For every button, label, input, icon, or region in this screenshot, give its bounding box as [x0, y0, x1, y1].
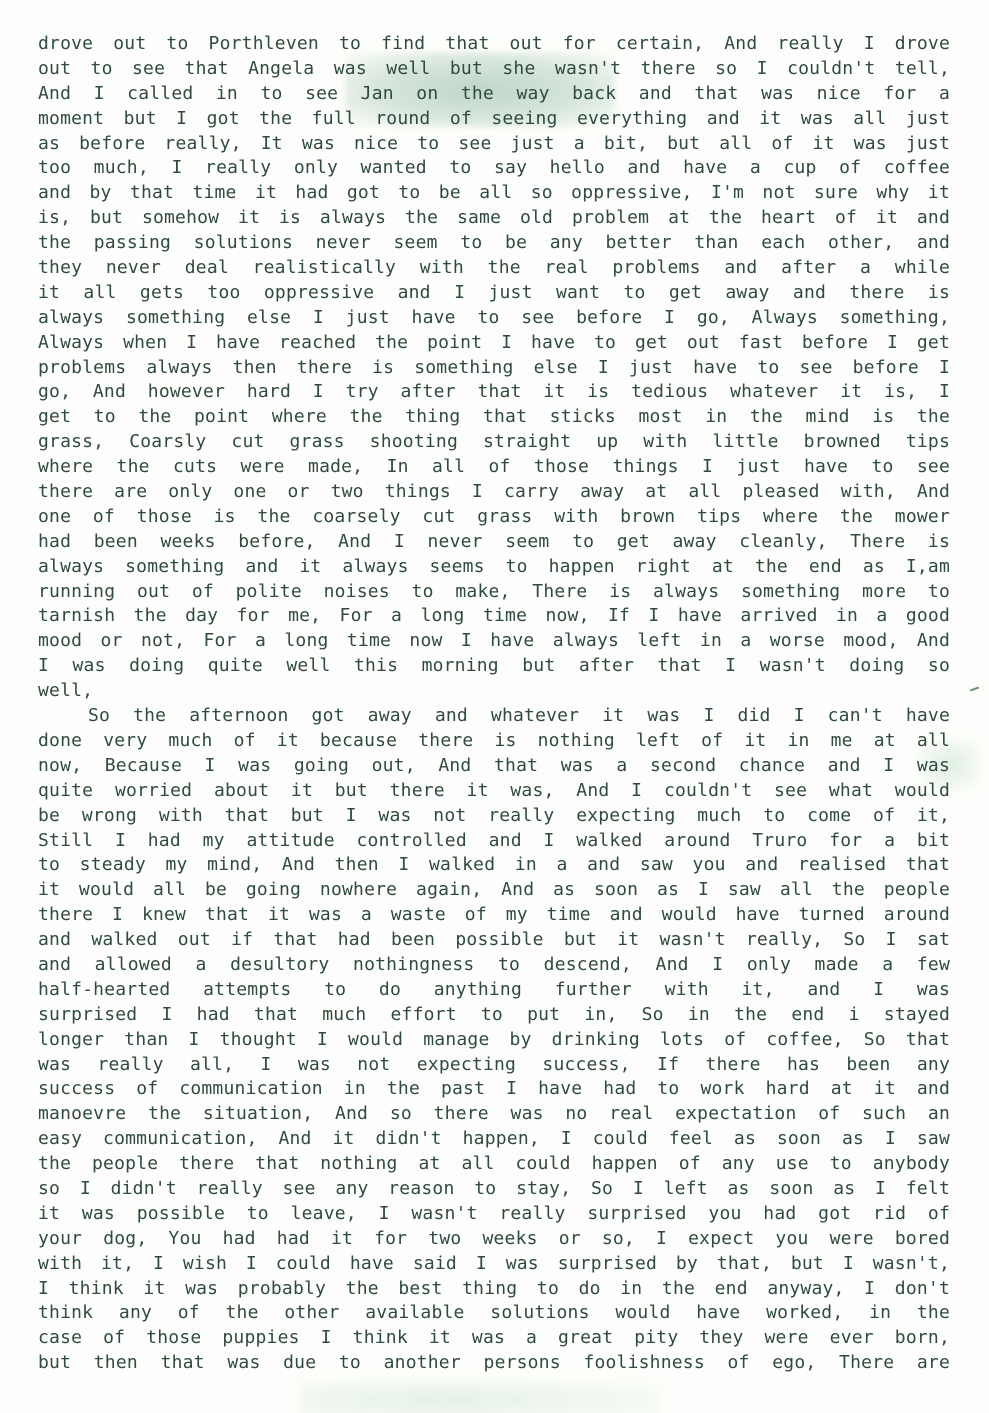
text-line: there are only one or two things I carry…: [38, 480, 950, 505]
text-line: was really all, I was not expecting succ…: [38, 1053, 950, 1078]
text-line: done very much of it because there is no…: [38, 729, 950, 754]
text-line: think any of the other available solutio…: [38, 1301, 950, 1326]
text-line: half-hearted attempts to do anything fur…: [38, 978, 950, 1003]
text-line: running out of polite noises to make, Th…: [38, 580, 950, 605]
text-line: the passing solutions never seem to be a…: [38, 231, 950, 256]
text-line: out to see that Angela was well but she …: [38, 57, 950, 82]
text-line: well,: [38, 679, 950, 704]
text-line: so I didn't really see any reason to sta…: [38, 1177, 950, 1202]
text-line: had been weeks before, And I never seem …: [38, 530, 950, 555]
text-line: And I called in to see Jan on the way ba…: [38, 82, 950, 107]
text-line: too much, I really only wanted to say he…: [38, 156, 950, 181]
text-line: mood or not, For a long time now I have …: [38, 629, 950, 654]
text-line: easy communication, And it didn't happen…: [38, 1127, 950, 1152]
stray-mark: [970, 687, 979, 692]
text-line: Always when I have reached the point I h…: [38, 331, 950, 356]
text-line: it would all be going nowhere again, And…: [38, 878, 950, 903]
text-line: surprised I had that much effort to put …: [38, 1003, 950, 1028]
text-line: be wrong with that but I was not really …: [38, 804, 950, 829]
text-line: it was possible to leave, I wasn't reall…: [38, 1202, 950, 1227]
text-line: there I knew that it was a waste of my t…: [38, 903, 950, 928]
text-line: tarnish the day for me, For a long time …: [38, 604, 950, 629]
text-line: it all gets too oppressive and I just wa…: [38, 281, 950, 306]
text-line: manoevre the situation, And so there was…: [38, 1102, 950, 1127]
text-line: and by that time it had got to be all so…: [38, 181, 950, 206]
text-line: is, but somehow it is always the same ol…: [38, 206, 950, 231]
text-line: now, Because I was going out, And that w…: [38, 754, 950, 779]
ink-smudge: [300, 1380, 660, 1413]
text-line: problems always then there is something …: [38, 356, 950, 381]
text-line: with it, I wish I could have said I was …: [38, 1252, 950, 1277]
text-line: and walked out if that had been possible…: [38, 928, 950, 953]
text-line: but then that was due to another persons…: [38, 1351, 950, 1376]
text-line: go, And however hard I try after that it…: [38, 380, 950, 405]
text-line: one of those is the coarsely cut grass w…: [38, 505, 950, 530]
text-line: quite worried about it but there it was,…: [38, 779, 950, 804]
text-line: I think it was probably the best thing t…: [38, 1277, 950, 1302]
text-line: moment but I got the full round of seein…: [38, 107, 950, 132]
text-line: always something else I just have to see…: [38, 306, 950, 331]
text-line: grass, Coarsly cut grass shooting straig…: [38, 430, 950, 455]
text-line: case of those puppies I think it was a g…: [38, 1326, 950, 1351]
text-line: get to the point where the thing that st…: [38, 405, 950, 430]
typed-page: drove out to Porthleven to find that out…: [38, 32, 950, 1376]
text-line: longer than I thought I would manage by …: [38, 1028, 950, 1053]
text-line: they never deal realistically with the r…: [38, 256, 950, 281]
text-line: success of communication in the past I h…: [38, 1077, 950, 1102]
text-line: and allowed a desultory nothingness to d…: [38, 953, 950, 978]
text-line: the people there that nothing at all cou…: [38, 1152, 950, 1177]
text-line: drove out to Porthleven to find that out…: [38, 32, 950, 57]
text-line: where the cuts were made, In all of thos…: [38, 455, 950, 480]
text-line: I was doing quite well this morning but …: [38, 654, 950, 679]
text-line: Still I had my attitude controlled and I…: [38, 829, 950, 854]
text-line: always something and it always seems to …: [38, 555, 950, 580]
text-line: your dog, You had had it for two weeks o…: [38, 1227, 950, 1252]
text-line: to steady my mind, And then I walked in …: [38, 853, 950, 878]
text-line: So the afternoon got away and whatever i…: [38, 704, 950, 729]
text-line: as before really, It was nice to see jus…: [38, 132, 950, 157]
